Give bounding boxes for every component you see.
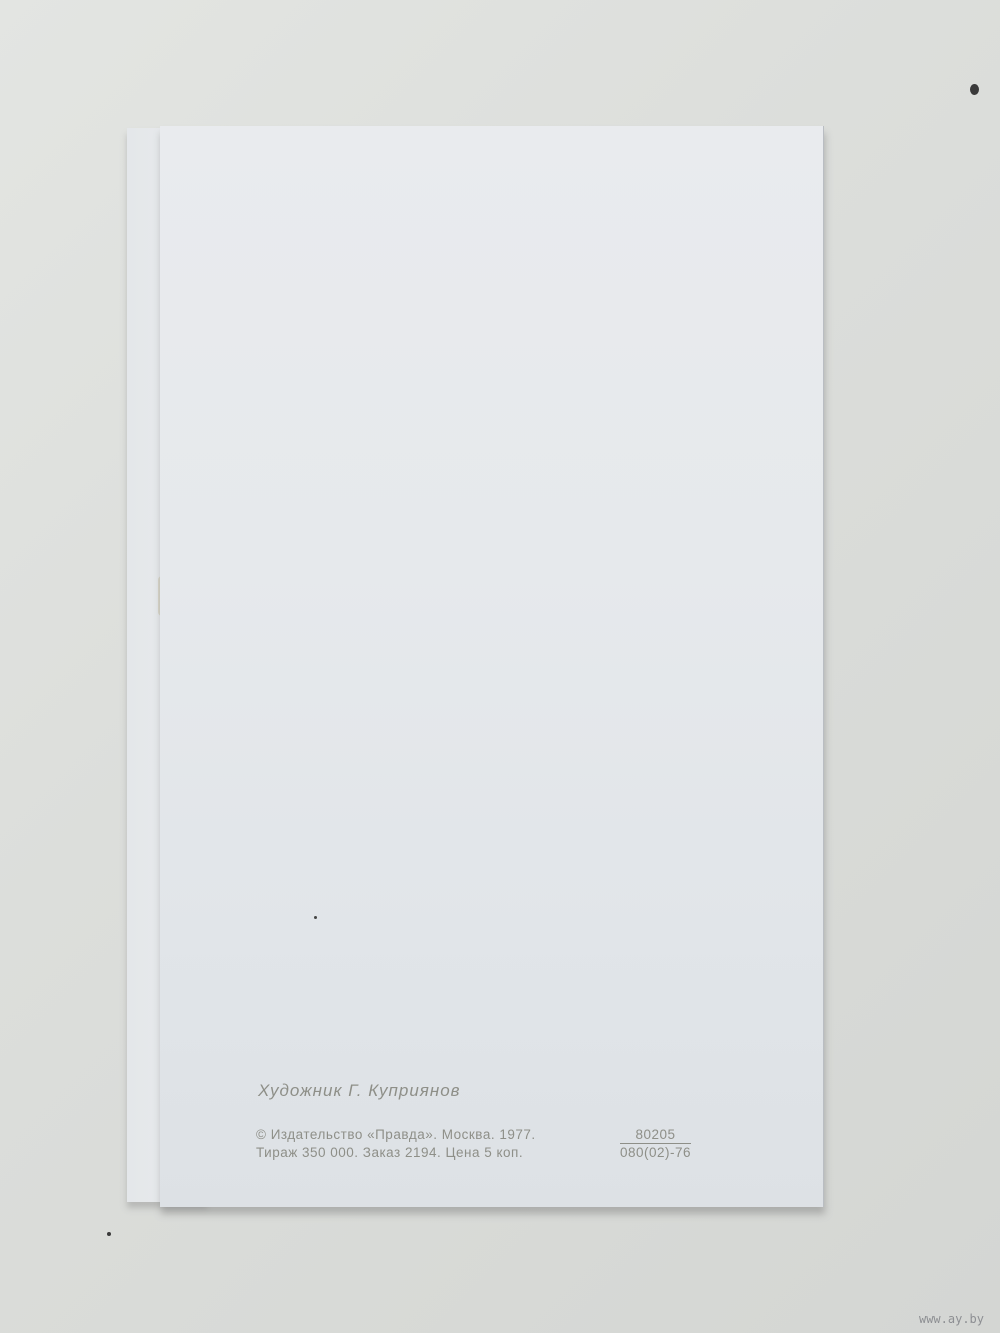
watermark: www.ay.by [919, 1312, 984, 1326]
ink-dot [314, 916, 317, 919]
artist-credit: Художник Г. Куприянов [258, 1081, 461, 1101]
imprint-line: Тираж 350 000. Заказ 2194. Цена 5 коп. [256, 1144, 536, 1162]
dust-speck [107, 1232, 111, 1236]
dust-speck [970, 84, 979, 95]
publisher-imprint: © Издательство «Правда». Москва. 1977. Т… [256, 1126, 536, 1162]
catalog-code-bottom: 080(02)-76 [620, 1145, 691, 1160]
catalog-code: 80205 080(02)-76 [620, 1126, 691, 1161]
postcard-back: Художник Г. Куприянов © Издательство «Пр… [160, 126, 824, 1207]
imprint-line: © Издательство «Правда». Москва. 1977. [256, 1126, 536, 1144]
catalog-code-top: 80205 [620, 1126, 691, 1144]
